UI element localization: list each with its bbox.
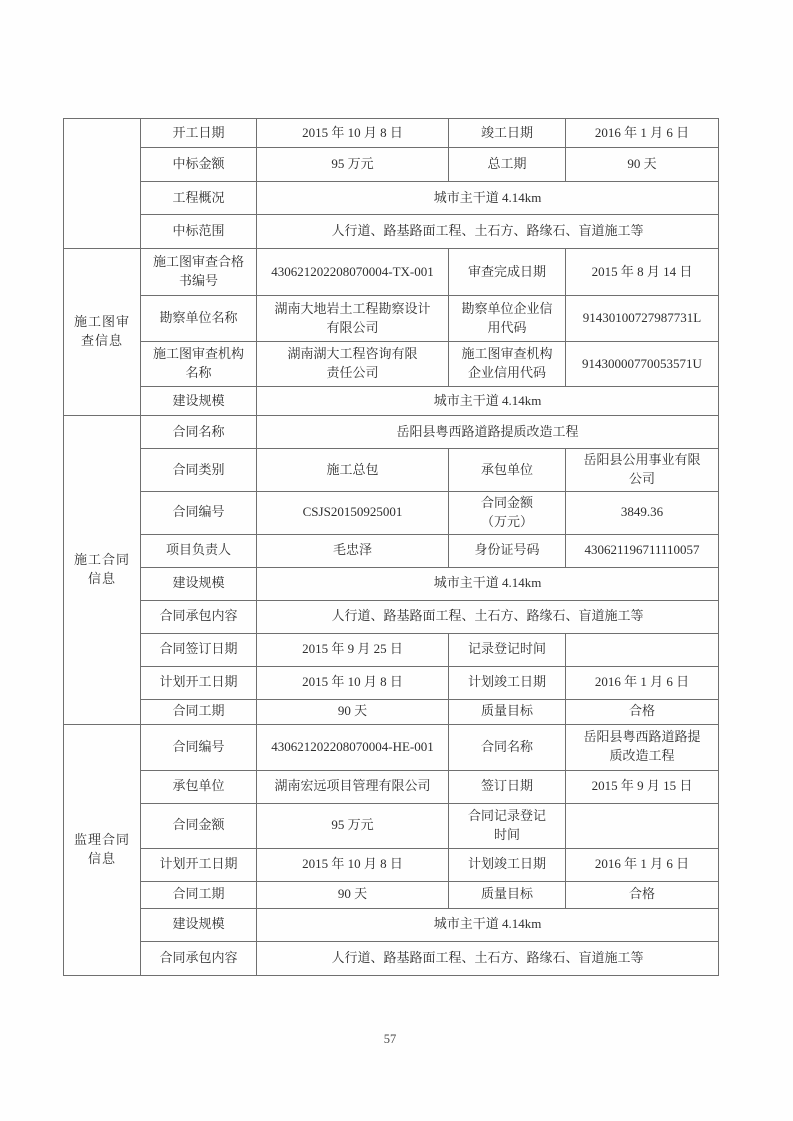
table-row: 中标范围 人行道、路基路面工程、土石方、路缘石、盲道施工等 <box>64 215 719 249</box>
field-label-cell: 合同类别 <box>141 449 257 492</box>
field-label-cell: 合同名称 <box>449 724 566 770</box>
field-label-cell: 合同编号 <box>141 724 257 770</box>
field-label-cell: 计划竣工日期 <box>449 666 566 699</box>
field-value-cell: 人行道、路基路面工程、土石方、路缘石、盲道施工等 <box>257 941 719 975</box>
field-label-cell: 勘察单位企业信 用代码 <box>449 296 566 342</box>
table-row: 合同承包内容 人行道、路基路面工程、土石方、路缘石、盲道施工等 <box>64 941 719 975</box>
table-row: 合同承包内容 人行道、路基路面工程、土石方、路缘石、盲道施工等 <box>64 600 719 633</box>
field-value-cell: 2015 年 10 月 8 日 <box>257 666 449 699</box>
field-value-cell: 2016 年 1 月 6 日 <box>566 666 719 699</box>
field-value-cell: 湖南大地岩土工程勘察设计 有限公司 <box>257 296 449 342</box>
field-label-cell: 合同记录登记 时间 <box>449 803 566 848</box>
field-label-cell: 工程概况 <box>141 182 257 215</box>
field-value-cell: CSJS20150925001 <box>257 492 449 535</box>
field-label-cell: 施工图审查合格 书编号 <box>141 249 257 296</box>
table-row: 合同工期 90 天 质量目标 合格 <box>64 699 719 724</box>
field-label-cell: 建设规模 <box>141 567 257 600</box>
table-row: 合同工期 90 天 质量目标 合格 <box>64 881 719 908</box>
field-value-cell: 岳阳县粤西路道路提 质改造工程 <box>566 724 719 770</box>
field-label-cell: 记录登记时间 <box>449 633 566 666</box>
field-label-cell: 总工期 <box>449 148 566 182</box>
field-label-cell: 身份证号码 <box>449 534 566 567</box>
field-value-cell: 湖南湖大工程咨询有限 责任公司 <box>257 342 449 387</box>
field-label-cell: 计划开工日期 <box>141 666 257 699</box>
field-value-cell: 岳阳县公用事业有限 公司 <box>566 449 719 492</box>
field-label-cell: 合同工期 <box>141 881 257 908</box>
field-value-cell: 施工总包 <box>257 449 449 492</box>
field-value-cell: 90 天 <box>566 148 719 182</box>
section-header-cell: 监理合同 信息 <box>64 724 141 975</box>
table-row: 计划开工日期 2015 年 10 月 8 日 计划竣工日期 2016 年 1 月… <box>64 666 719 699</box>
field-label-cell: 审查完成日期 <box>449 249 566 296</box>
field-value-cell <box>566 803 719 848</box>
field-label-cell: 合同承包内容 <box>141 941 257 975</box>
field-value-cell: 3849.36 <box>566 492 719 535</box>
table-row: 监理合同 信息 合同编号 430621202208070004-HE-001 合… <box>64 724 719 770</box>
table-row: 合同金额 95 万元 合同记录登记 时间 <box>64 803 719 848</box>
field-label-cell: 施工图审查机构 企业信用代码 <box>449 342 566 387</box>
table-row: 施工图审 查信息 施工图审查合格 书编号 430621202208070004-… <box>64 249 719 296</box>
field-value-cell: 城市主干道 4.14km <box>257 567 719 600</box>
field-label-cell: 计划竣工日期 <box>449 848 566 881</box>
field-value-cell: 城市主干道 4.14km <box>257 908 719 941</box>
table-row: 建设规模 城市主干道 4.14km <box>64 387 719 416</box>
field-value-cell: 91430100727987731L <box>566 296 719 342</box>
field-label-cell: 中标金额 <box>141 148 257 182</box>
field-value-cell <box>566 633 719 666</box>
field-value-cell: 2015 年 9 月 25 日 <box>257 633 449 666</box>
table-row: 计划开工日期 2015 年 10 月 8 日 计划竣工日期 2016 年 1 月… <box>64 848 719 881</box>
field-label-cell: 签订日期 <box>449 770 566 803</box>
page-number: 57 <box>0 1032 780 1047</box>
project-info-table: 开工日期 2015 年 10 月 8 日 竣工日期 2016 年 1 月 6 日… <box>63 118 719 976</box>
table-row: 合同签订日期 2015 年 9 月 25 日 记录登记时间 <box>64 633 719 666</box>
field-value-cell: 城市主干道 4.14km <box>257 387 719 416</box>
field-label-cell: 承包单位 <box>449 449 566 492</box>
field-label-cell: 勘察单位名称 <box>141 296 257 342</box>
table-row: 勘察单位名称 湖南大地岩土工程勘察设计 有限公司 勘察单位企业信 用代码 914… <box>64 296 719 342</box>
field-label-cell: 合同工期 <box>141 699 257 724</box>
field-value-cell: 95 万元 <box>257 803 449 848</box>
field-value-cell: 湖南宏远项目管理有限公司 <box>257 770 449 803</box>
table-row: 建设规模 城市主干道 4.14km <box>64 567 719 600</box>
field-label-cell: 建设规模 <box>141 908 257 941</box>
table-row: 承包单位 湖南宏远项目管理有限公司 签订日期 2015 年 9 月 15 日 <box>64 770 719 803</box>
field-value-cell: 2016 年 1 月 6 日 <box>566 119 719 148</box>
table-row: 合同编号 CSJS20150925001 合同金额 （万元） 3849.36 <box>64 492 719 535</box>
table-row: 施工合同 信息 合同名称 岳阳县粤西路道路提质改造工程 <box>64 416 719 449</box>
field-label-cell: 合同签订日期 <box>141 633 257 666</box>
field-label-cell: 质量目标 <box>449 699 566 724</box>
section-header-cell <box>64 119 141 249</box>
field-value-cell: 95 万元 <box>257 148 449 182</box>
field-label-cell: 承包单位 <box>141 770 257 803</box>
field-label-cell: 施工图审查机构 名称 <box>141 342 257 387</box>
field-value-cell: 91430000770053571U <box>566 342 719 387</box>
table-row: 施工图审查机构 名称 湖南湖大工程咨询有限 责任公司 施工图审查机构 企业信用代… <box>64 342 719 387</box>
field-label-cell: 建设规模 <box>141 387 257 416</box>
field-value-cell: 合格 <box>566 699 719 724</box>
field-label-cell: 项目负责人 <box>141 534 257 567</box>
table-row: 工程概况 城市主干道 4.14km <box>64 182 719 215</box>
field-label-cell: 合同名称 <box>141 416 257 449</box>
section-header-cell: 施工图审 查信息 <box>64 249 141 416</box>
table-row: 合同类别 施工总包 承包单位 岳阳县公用事业有限 公司 <box>64 449 719 492</box>
table-row: 项目负责人 毛忠泽 身份证号码 430621196711110057 <box>64 534 719 567</box>
field-label-cell: 合同金额 <box>141 803 257 848</box>
table-row: 中标金额 95 万元 总工期 90 天 <box>64 148 719 182</box>
field-value-cell: 人行道、路基路面工程、土石方、路缘石、盲道施工等 <box>257 215 719 249</box>
field-label-cell: 开工日期 <box>141 119 257 148</box>
field-value-cell: 430621202208070004-HE-001 <box>257 724 449 770</box>
field-label-cell: 合同金额 （万元） <box>449 492 566 535</box>
field-value-cell: 毛忠泽 <box>257 534 449 567</box>
field-value-cell: 2015 年 9 月 15 日 <box>566 770 719 803</box>
field-label-cell: 竣工日期 <box>449 119 566 148</box>
field-label-cell: 合同承包内容 <box>141 600 257 633</box>
field-value-cell: 人行道、路基路面工程、土石方、路缘石、盲道施工等 <box>257 600 719 633</box>
table-row: 开工日期 2015 年 10 月 8 日 竣工日期 2016 年 1 月 6 日 <box>64 119 719 148</box>
document-page: 开工日期 2015 年 10 月 8 日 竣工日期 2016 年 1 月 6 日… <box>0 0 793 1121</box>
field-label-cell: 合同编号 <box>141 492 257 535</box>
field-value-cell: 2015 年 10 月 8 日 <box>257 848 449 881</box>
field-value-cell: 90 天 <box>257 881 449 908</box>
field-value-cell: 2015 年 8 月 14 日 <box>566 249 719 296</box>
table-row: 建设规模 城市主干道 4.14km <box>64 908 719 941</box>
field-label-cell: 中标范围 <box>141 215 257 249</box>
field-value-cell: 430621196711110057 <box>566 534 719 567</box>
field-label-cell: 计划开工日期 <box>141 848 257 881</box>
section-header-cell: 施工合同 信息 <box>64 416 141 725</box>
field-value-cell: 2016 年 1 月 6 日 <box>566 848 719 881</box>
field-value-cell: 430621202208070004-TX-001 <box>257 249 449 296</box>
field-label-cell: 质量目标 <box>449 881 566 908</box>
field-value-cell: 2015 年 10 月 8 日 <box>257 119 449 148</box>
field-value-cell: 城市主干道 4.14km <box>257 182 719 215</box>
field-value-cell: 90 天 <box>257 699 449 724</box>
field-value-cell: 合格 <box>566 881 719 908</box>
field-value-cell: 岳阳县粤西路道路提质改造工程 <box>257 416 719 449</box>
